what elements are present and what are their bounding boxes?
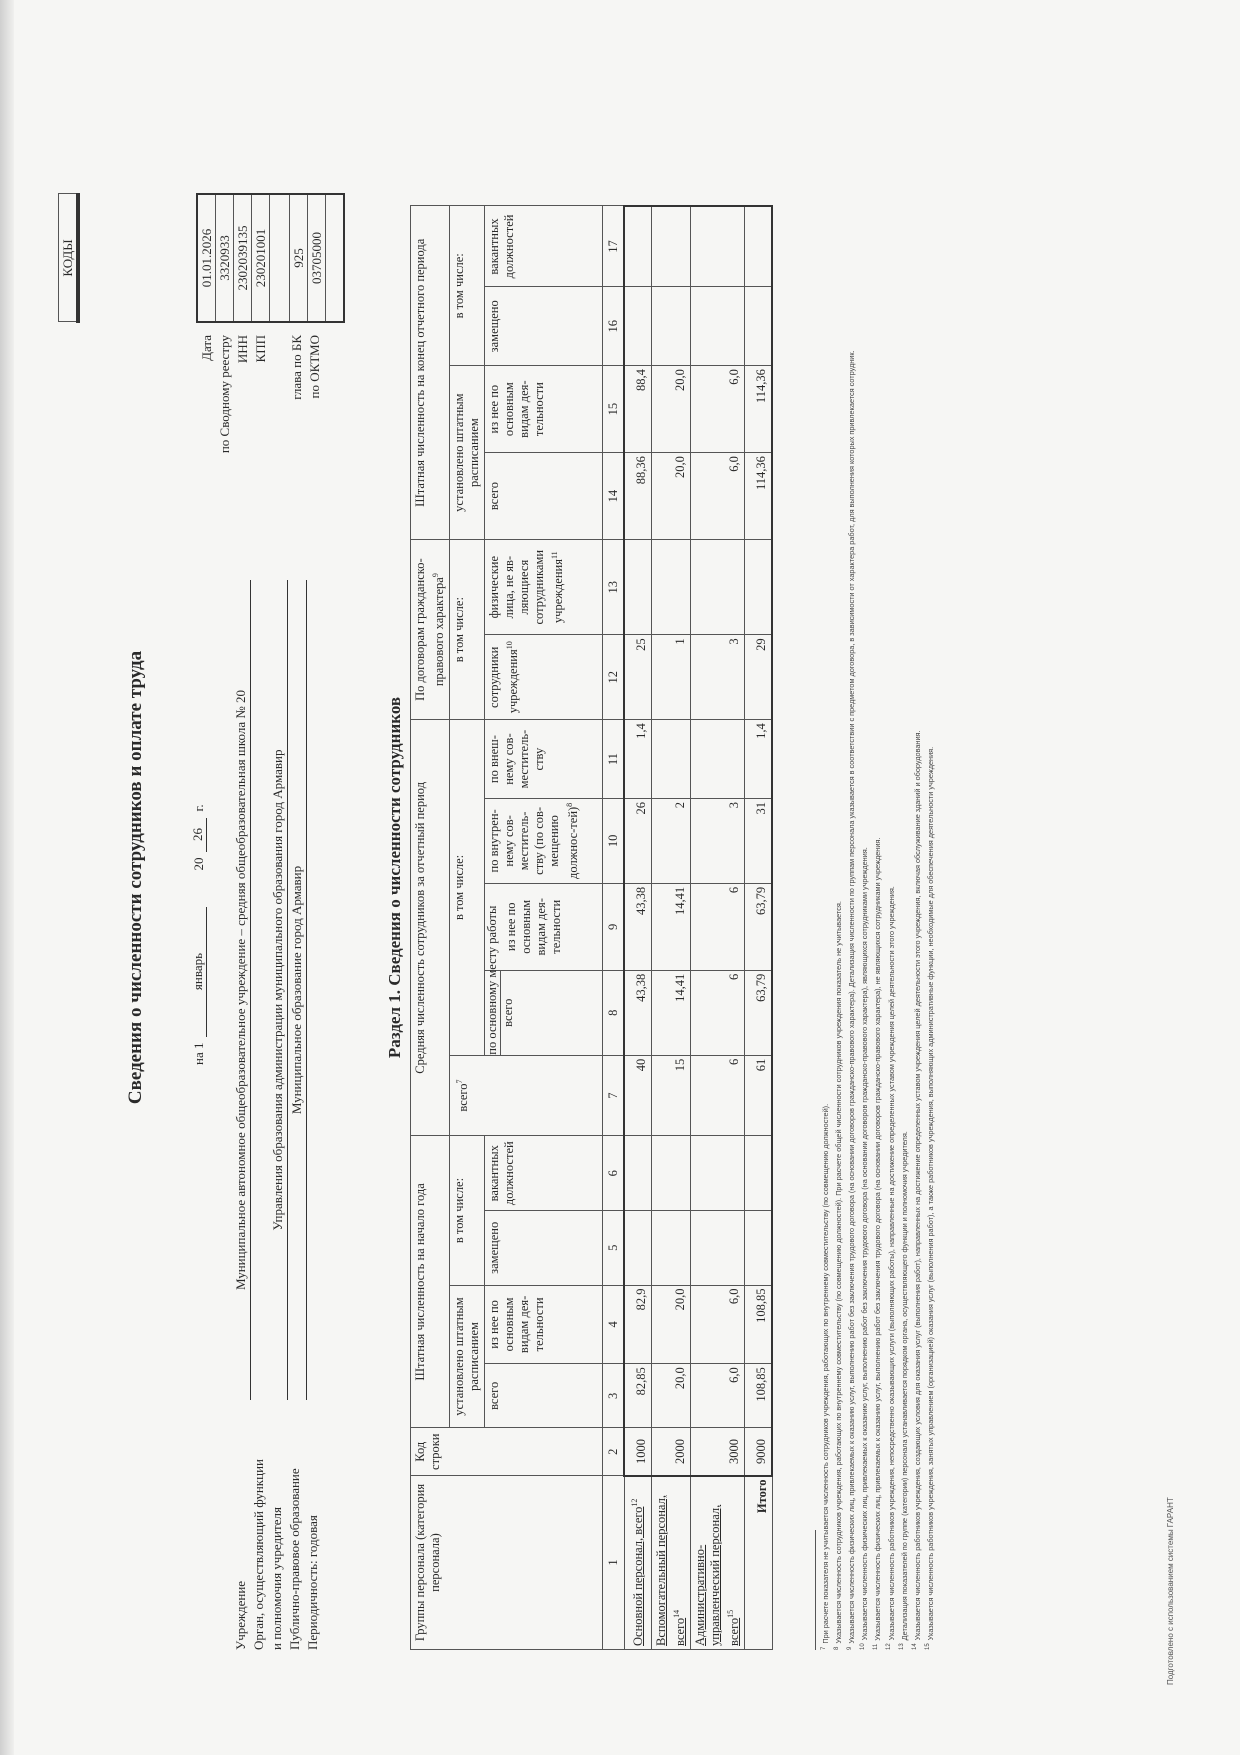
- cell-col-9: 43,38: [624, 883, 652, 970]
- cell-col-13: [652, 540, 691, 635]
- garant-note: Подготовлено с использованием системы ГА…: [1166, 1497, 1175, 1685]
- public-entity: Муниципальное образование город Армавир: [288, 580, 307, 1400]
- date-prefix: на 1: [191, 1043, 207, 1065]
- date-century: 20: [191, 858, 207, 871]
- hdr-end-total: всего: [485, 453, 603, 540]
- hdr-main-job: по основному месту работы: [485, 971, 501, 1055]
- cell-col-11: [652, 720, 691, 799]
- cell-col-14: 114,36: [745, 453, 773, 540]
- row-label: Вспомогательный персонал, всего14: [652, 1476, 691, 1650]
- cell-col-6: [624, 1136, 652, 1211]
- cell-col-10: 31: [745, 798, 773, 883]
- spacer: [251, 580, 269, 1400]
- footnote-ref: 7: [455, 1079, 464, 1083]
- cell-col-4: 20,0: [652, 1285, 691, 1364]
- footnote-number: 14: [912, 1643, 918, 1650]
- cell-col-15: 114,36: [745, 366, 773, 453]
- column-number: 12: [603, 635, 625, 720]
- cell-col-9: 14,41: [652, 883, 691, 970]
- column-number: 16: [603, 287, 625, 366]
- column-number: 5: [603, 1211, 625, 1286]
- row-label: Итого: [745, 1476, 773, 1650]
- cell-col-5: [624, 1211, 652, 1286]
- codes-labels: Дата по Сводному реестру ИНН КПП глава п…: [198, 335, 324, 535]
- row-code: 3000: [691, 1428, 745, 1476]
- table-row: Итого9000108,85108,856163,7963,79311,429…: [745, 206, 773, 1650]
- cell-col-3: 6,0: [691, 1364, 745, 1428]
- hdr-established: установлено штатным расписанием: [450, 1285, 485, 1428]
- meta-labels: Учреждение Орган, осуществляющий функции…: [232, 1459, 322, 1650]
- column-number: 6: [603, 1136, 625, 1211]
- table-body: Основной персонал, всего12100082,8582,94…: [624, 206, 772, 1650]
- footnote-text: При расчете показателя не учитывается чи…: [821, 1104, 830, 1644]
- cell-col-15: 6,0: [691, 366, 745, 453]
- footnote-text: Указывается численность физических лиц, …: [873, 838, 882, 1641]
- code-glava-bk: 925: [290, 194, 308, 322]
- code-label: КПП: [252, 335, 270, 535]
- cell-col-3: 82,85: [624, 1364, 652, 1428]
- footnote-ref: 10: [505, 641, 514, 649]
- footnote-ref: 9: [431, 573, 440, 577]
- cell-col-13: [624, 540, 652, 635]
- hdr-civil: По договорам гражданско-правового характ…: [411, 540, 450, 720]
- column-number: 7: [603, 1055, 625, 1136]
- hdr-including: в том числе:: [450, 1136, 485, 1285]
- section-title: Раздел 1. Сведения о численности сотрудн…: [385, 0, 405, 1755]
- cell-col-11: 1,4: [624, 720, 652, 799]
- footnote-number: 15: [925, 1643, 931, 1650]
- hdr-including-end: в том числе:: [450, 206, 485, 366]
- footnote: 10Указывается численность физических лиц…: [858, 90, 871, 1650]
- cell-col-11: [691, 720, 745, 799]
- hdr-end-vacant: вакантных должностей: [485, 206, 603, 287]
- hdr-code: Код строки: [411, 1428, 603, 1476]
- hdr-main-total: всего: [501, 971, 516, 1055]
- footnote-text: Указывается численность работников учреж…: [887, 886, 896, 1640]
- cell-col-11: 1,4: [745, 720, 773, 799]
- column-number: 1: [603, 1476, 625, 1650]
- date-month: январь: [190, 907, 207, 1037]
- report-date-line: на 1 январь 20 26 г.: [190, 804, 207, 1065]
- column-number: 9: [603, 883, 625, 970]
- cell-col-9: 63,79: [745, 883, 773, 970]
- codes-table: КОДЫ: [58, 193, 80, 323]
- code-label: по Сводному реестру: [216, 335, 234, 535]
- row-label-text: Итого: [755, 1480, 769, 1514]
- cell-col-10: 2: [652, 798, 691, 883]
- hdr-individuals: физические лица, не яв-ляющиеся сотрудни…: [485, 540, 603, 635]
- footnote: 13Детализация показателей по группе (кат…: [897, 90, 910, 1650]
- cell-col-7: 15: [652, 1055, 691, 1136]
- cell-col-16: [691, 287, 745, 366]
- cell-col-4: 108,85: [745, 1285, 773, 1364]
- meta-label: Публично-правовое образование: [286, 1459, 304, 1650]
- cell-col-12: 25: [624, 635, 652, 720]
- row-label: Основной персонал, всего12: [624, 1476, 652, 1650]
- footnote-rule: [815, 1530, 816, 1650]
- cell-col-12: 1: [652, 635, 691, 720]
- footnote-text: Указывается численность работников учреж…: [913, 730, 922, 1640]
- code-empty: [270, 194, 290, 322]
- cell-col-17: [691, 206, 745, 287]
- row-code: 2000: [652, 1428, 691, 1476]
- meta-label: Периодичность: годовая: [304, 1459, 322, 1650]
- column-number: 13: [603, 540, 625, 635]
- footnote-number: 13: [899, 1643, 905, 1650]
- footnote-number: 12: [886, 1643, 892, 1650]
- footnote-number: 8: [834, 1647, 840, 1650]
- cell-col-8: 14,41: [652, 970, 691, 1055]
- founder-body: Управления образования администрации мун…: [269, 580, 288, 1400]
- hdr-end-filled: замещено: [485, 287, 603, 366]
- footnote: 9Указывается численность физических лиц,…: [845, 90, 858, 1650]
- column-number: 15: [603, 366, 625, 453]
- row-code: 9000: [745, 1428, 773, 1476]
- code-empty: [326, 194, 345, 322]
- footnote-text: Указывается численность физических лиц, …: [847, 350, 856, 1643]
- footnote-ref: 15: [726, 1610, 735, 1618]
- hdr-main-job-total: по основному месту работы всего: [485, 970, 603, 1055]
- cell-col-10: 3: [691, 798, 745, 883]
- cell-col-3: 108,85: [745, 1364, 773, 1428]
- hdr-external: по внеш-нему сов-меститель-ству: [485, 720, 603, 799]
- cell-col-7: 40: [624, 1055, 652, 1136]
- cell-col-3: 20,0: [652, 1364, 691, 1428]
- codes-values: 01.01.2026 3320933 2302039135 230201001 …: [196, 193, 345, 323]
- codes-header: КОДЫ: [59, 194, 78, 322]
- footnote-number: 10: [860, 1643, 866, 1650]
- footnote-list: 7При расчете показателя не учитывается ч…: [819, 90, 936, 1650]
- cell-col-12: 29: [745, 635, 773, 720]
- footnotes: 7При расчете показателя не учитывается ч…: [815, 90, 936, 1650]
- hdr-main-of-it: из нее по основным видам дея-тельности: [485, 883, 603, 970]
- date-suffix: г.: [191, 804, 207, 811]
- code-label: ИНН: [234, 335, 252, 535]
- meta-values: Муниципальное автономное общеобразовател…: [232, 580, 307, 1400]
- hdr-internal: по внутрен-нему сов-меститель-ству (по с…: [485, 798, 603, 883]
- row-code: 1000: [624, 1428, 652, 1476]
- cell-col-15: 88,4: [624, 366, 652, 453]
- cell-col-8: 63,79: [745, 970, 773, 1055]
- cell-col-17: [624, 206, 652, 287]
- hdr-established-end: установлено штатным расписанием: [450, 366, 485, 540]
- code-oktmo: 03705000: [308, 194, 326, 322]
- footnote-number: 7: [821, 1647, 827, 1650]
- cell-col-4: 6,0: [691, 1285, 745, 1364]
- cell-col-14: 6,0: [691, 453, 745, 540]
- code-date: 01.01.2026: [197, 194, 216, 322]
- footnote-ref: 14: [672, 1610, 681, 1618]
- footnote-text: Указывается численность сотрудников учре…: [834, 901, 843, 1644]
- column-number: 3: [603, 1364, 625, 1428]
- scanned-page: Подготовлено с использованием системы ГА…: [0, 0, 1240, 1755]
- footnote-text: Указывается численность физических лиц, …: [860, 847, 869, 1640]
- cell-col-15: 20,0: [652, 366, 691, 453]
- cell-col-8: 6: [691, 970, 745, 1055]
- footnote-ref: 12: [630, 1499, 639, 1507]
- footnote-text: Детализация показателей по группе (катег…: [900, 1131, 909, 1640]
- footnote-number: 9: [847, 1647, 853, 1650]
- cell-col-16: [652, 287, 691, 366]
- hdr-civil-text: По договорам гражданско-правового характ…: [413, 558, 446, 701]
- cell-col-6: [691, 1136, 745, 1211]
- hdr-avg-total-text: всего: [456, 1083, 470, 1111]
- footnote: 15Указывается численность работников учр…: [923, 90, 936, 1650]
- cell-col-14: 88,36: [624, 453, 652, 540]
- cell-col-13: [745, 540, 773, 635]
- cell-col-8: 43,38: [624, 970, 652, 1055]
- hdr-individuals-text: физические лица, не яв-ляющиеся сотрудни…: [487, 550, 565, 625]
- cell-col-6: [745, 1136, 773, 1211]
- hdr-group: Группы персонала (категория персонала): [411, 1476, 603, 1650]
- cell-col-5: [652, 1211, 691, 1286]
- footnote-ref: 11: [550, 551, 559, 559]
- column-number: 2: [603, 1428, 625, 1476]
- row-label-text: Административно-управленческий персонал,…: [693, 1505, 741, 1646]
- meta-label: Учреждение: [232, 1459, 250, 1650]
- cell-col-9: 6: [691, 883, 745, 970]
- code-registry: 3320933: [216, 194, 234, 322]
- row-label: Административно-управленческий персонал,…: [691, 1476, 745, 1650]
- column-number: 10: [603, 798, 625, 883]
- column-number: 4: [603, 1285, 625, 1364]
- cell-col-10: 26: [624, 798, 652, 883]
- meta-label: и полномочия учредителя: [268, 1459, 286, 1650]
- table-row: Вспомогательный персонал, всего14200020,…: [652, 206, 691, 1650]
- hdr-including-civil: в том числе:: [450, 540, 485, 720]
- meta-label: Орган, осуществляющий функции: [250, 1459, 268, 1650]
- hdr-avg: Средняя численность сотрудников за отчет…: [411, 720, 450, 1136]
- cell-col-7: 6: [691, 1055, 745, 1136]
- cell-col-17: [652, 206, 691, 287]
- cell-col-7: 61: [745, 1055, 773, 1136]
- hdr-filled: замещено: [485, 1211, 603, 1286]
- column-number-row: 1234567891011121314151617: [603, 206, 625, 1650]
- cell-col-12: 3: [691, 635, 745, 720]
- footnote: 7При расчете показателя не учитывается ч…: [819, 90, 832, 1650]
- row-label-text: Основной персонал, всего: [631, 1507, 645, 1646]
- staff-table: Группы персонала (категория персонала) К…: [410, 205, 773, 1650]
- column-number: 14: [603, 453, 625, 540]
- column-number: 11: [603, 720, 625, 799]
- footnote-text: Указывается численность работников учреж…: [926, 747, 935, 1640]
- hdr-internal-text: по внутрен-нему сов-меститель-ству (по с…: [487, 807, 580, 879]
- row-label-text: Вспомогательный персонал, всего: [654, 1495, 687, 1646]
- cell-col-16: [624, 287, 652, 366]
- code-label: по ОКТМО: [306, 335, 324, 535]
- cell-col-5: [745, 1211, 773, 1286]
- hdr-of-main: из нее по основным видам дея-тельности: [485, 1285, 603, 1364]
- footnote: 8Указывается численность сотрудников учр…: [832, 90, 845, 1650]
- footnote: 11Указывается численность физических лиц…: [871, 90, 884, 1650]
- cell-col-14: 20,0: [652, 453, 691, 540]
- hdr-total: всего: [485, 1364, 603, 1428]
- hdr-employees-text: сотрудники учреждения: [487, 647, 520, 714]
- hdr-avg-total: всего7: [450, 1055, 603, 1136]
- column-number: 17: [603, 206, 625, 287]
- form-title: Сведения о численности сотрудников и опл…: [125, 0, 147, 1755]
- footnote: 14Указывается численность работников учр…: [910, 90, 923, 1650]
- hdr-staff-end: Штатная численность на конец отчетного п…: [411, 206, 450, 540]
- code-label: глава по БК: [288, 335, 306, 535]
- cell-col-5: [691, 1211, 745, 1286]
- cell-col-17: [745, 206, 773, 287]
- date-year: 26: [190, 818, 207, 852]
- hdr-including-avg: в том числе:: [450, 720, 485, 1055]
- footnote: 12Указывается численность работников учр…: [884, 90, 897, 1650]
- hdr-vacant: вакантных должностей: [485, 1136, 603, 1211]
- table-row: Основной персонал, всего12100082,8582,94…: [624, 206, 652, 1650]
- hdr-main-of-it-text: из нее по основным видам дея-тельности: [504, 898, 563, 955]
- hdr-staff-start: Штатная численность на начало года: [411, 1136, 450, 1428]
- rotated-landscape-form: Подготовлено с использованием системы ГА…: [0, 0, 1240, 1755]
- spacer: [77, 194, 79, 322]
- institution-name: Муниципальное автономное общеобразовател…: [232, 580, 251, 1400]
- cell-col-16: [745, 287, 773, 366]
- hdr-employees: сотрудники учреждения10: [485, 635, 603, 720]
- cell-col-6: [652, 1136, 691, 1211]
- footnote-number: 11: [873, 1644, 879, 1650]
- code-inn: 2302039135: [234, 194, 252, 322]
- table-row: Административно-управленческий персонал,…: [691, 206, 745, 1650]
- code-kpp: 230201001: [252, 194, 270, 322]
- cell-col-4: 82,9: [624, 1285, 652, 1364]
- hdr-end-of-main: из нее по основным видам дея-тельности: [485, 366, 603, 453]
- cell-col-13: [691, 540, 745, 635]
- column-number: 8: [603, 970, 625, 1055]
- footnote-ref: 8: [565, 803, 574, 807]
- code-label: Дата: [198, 335, 216, 535]
- header-row-1: Группы персонала (категория персонала) К…: [411, 206, 450, 1650]
- spacer: [270, 335, 288, 535]
